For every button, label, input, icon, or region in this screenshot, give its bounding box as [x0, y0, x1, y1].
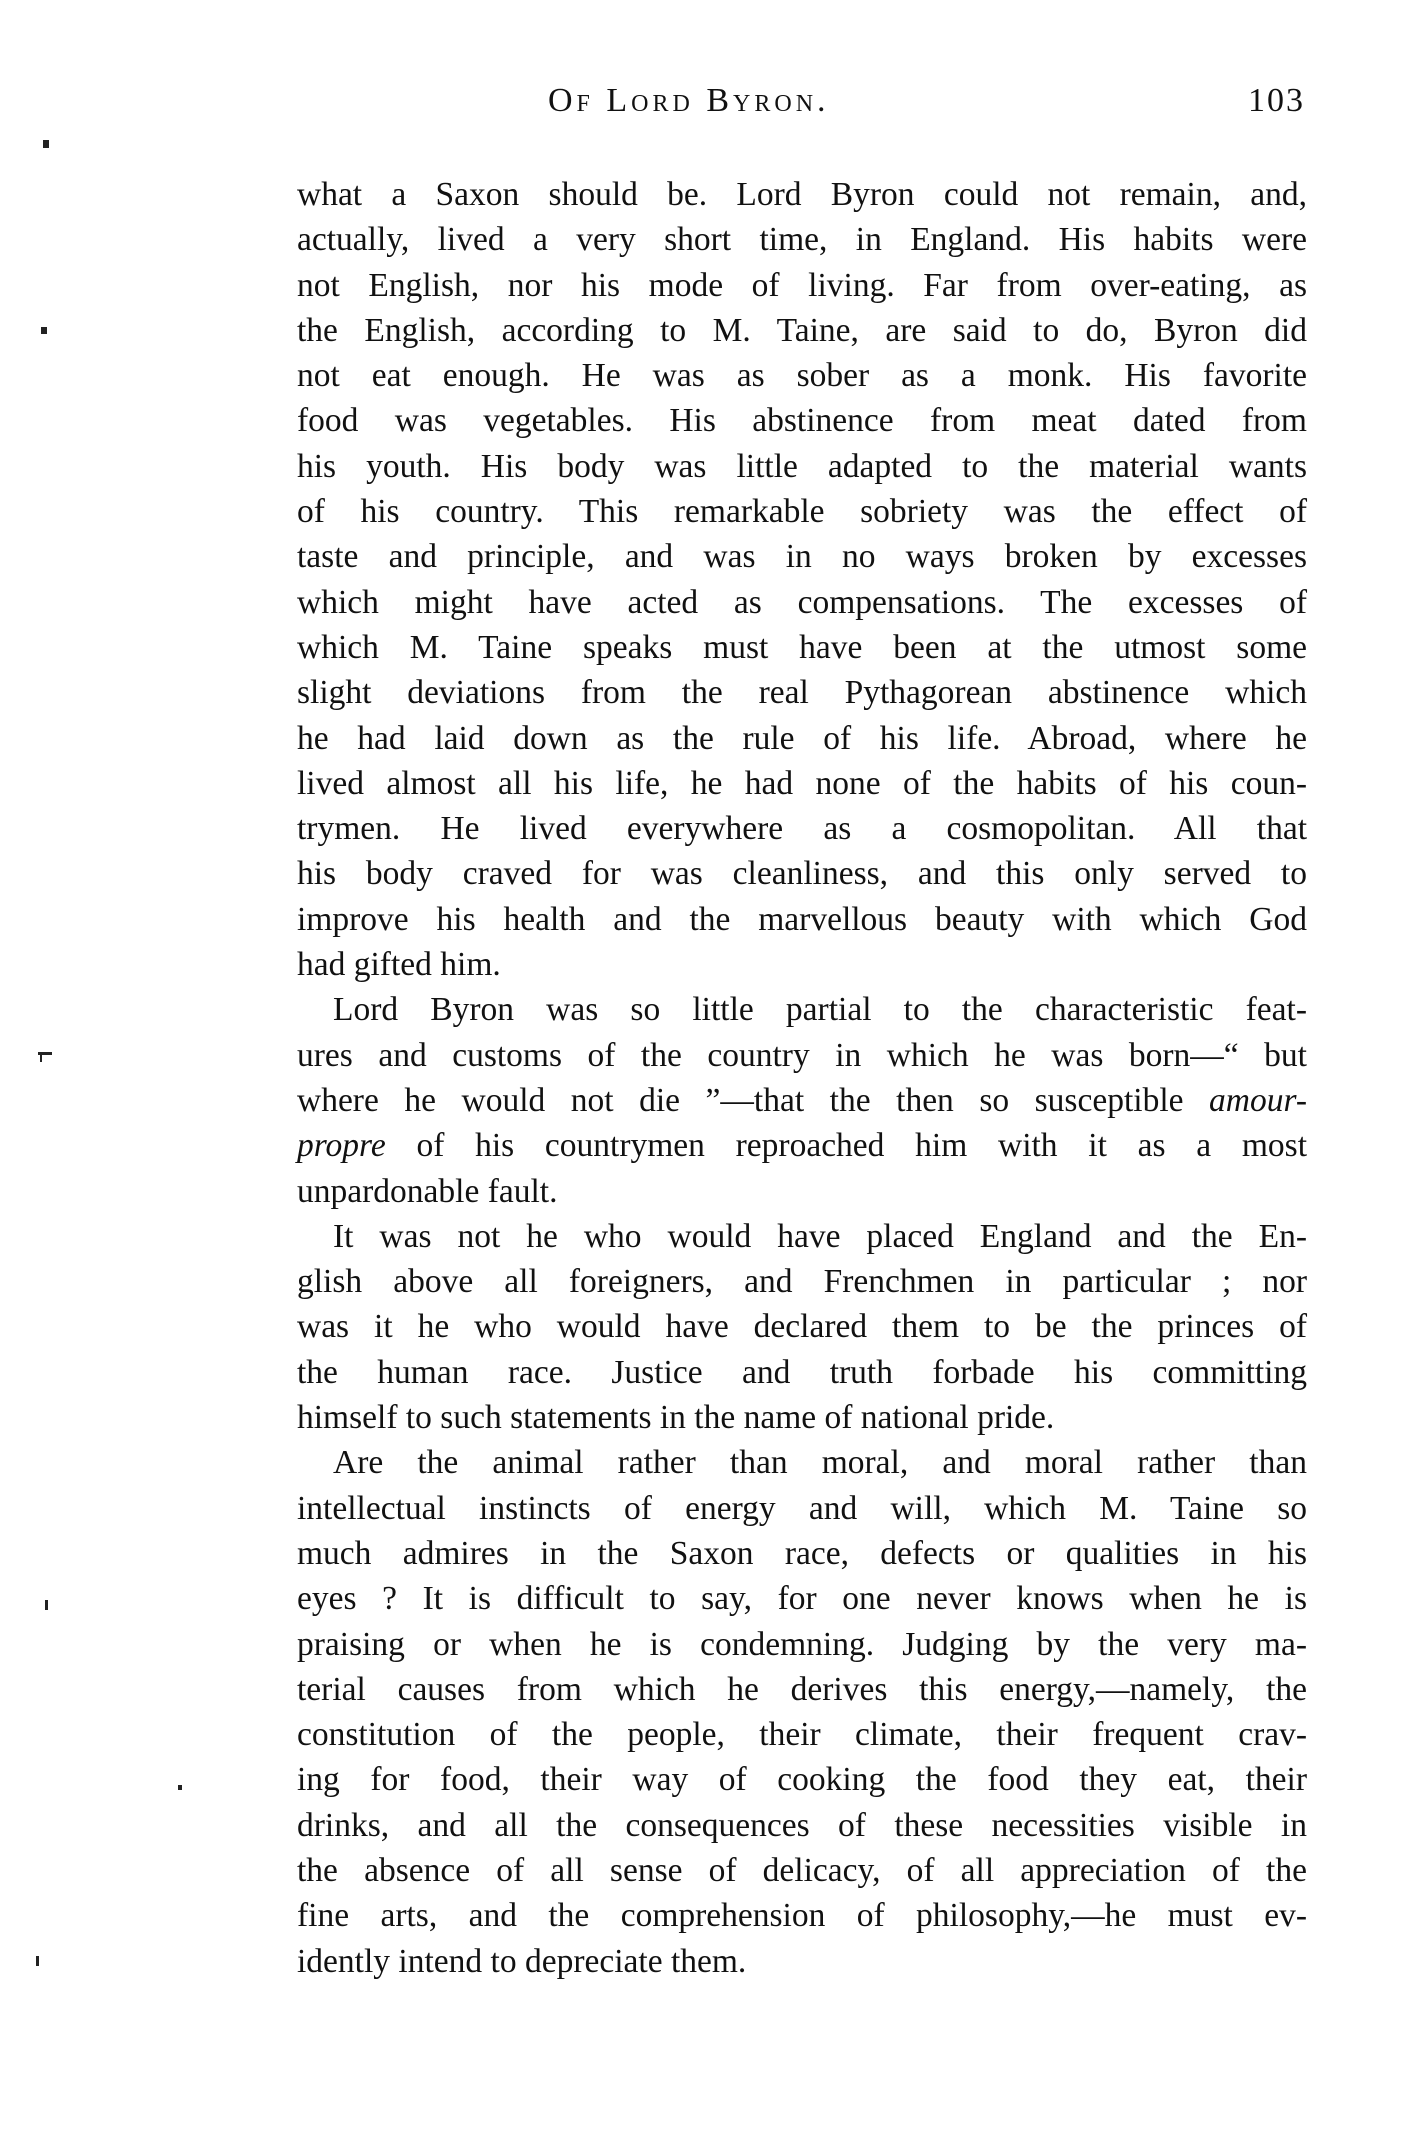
text-line: fine arts, and the comprehension of phil…	[297, 1893, 1307, 1938]
body-text: what a Saxon should be. Lord Byron could…	[297, 172, 1307, 1984]
text-line: Lord Byron was so little partial to the …	[297, 987, 1307, 1032]
text-line: trymen. He lived everywhere as a cosmopo…	[297, 806, 1307, 851]
text-line: much admires in the Saxon race, defects …	[297, 1531, 1307, 1576]
text-line: what a Saxon should be. Lord Byron could…	[297, 172, 1307, 217]
text-line: lived almost all his life, he had none o…	[297, 761, 1307, 806]
text-line: of his country. This remarkable sobriety…	[297, 489, 1307, 534]
text-line: glish above all foreigners, and Frenchme…	[297, 1259, 1307, 1304]
text-line: ing for food, their way of cooking the f…	[297, 1757, 1307, 1802]
paragraph: Are the animal rather than moral, and mo…	[297, 1440, 1307, 1984]
running-head: Of Lord Byron. 103	[298, 82, 1305, 132]
text-line: slight deviations from the real Pythagor…	[297, 670, 1307, 715]
text-line: terial causes from which he derives this…	[297, 1667, 1307, 1712]
text-line: his body craved for was cleanliness, and…	[297, 851, 1307, 896]
text-line: which might have acted as compensations.…	[297, 580, 1307, 625]
running-head-title: Of Lord Byron.	[548, 82, 830, 120]
scan-speck	[45, 1600, 48, 1610]
text-line: the English, according to M. Taine, are …	[297, 308, 1307, 353]
page-number: 103	[1248, 82, 1305, 120]
paragraph: what a Saxon should be. Lord Byron could…	[297, 172, 1307, 987]
text-line: intellectual instincts of energy and wil…	[297, 1486, 1307, 1531]
text-line: was it he who would have declared them t…	[297, 1304, 1307, 1349]
book-page: Of Lord Byron. 103 what a Saxon should b…	[0, 0, 1406, 2153]
text-fragment: of his countrymen reproached him with it…	[416, 1127, 1307, 1164]
text-line: had gifted him.	[297, 942, 1307, 987]
scan-speck	[41, 327, 47, 334]
scan-speck	[43, 140, 49, 148]
scan-speck	[178, 1785, 182, 1790]
text-line: drinks, and all the consequences of thes…	[297, 1803, 1307, 1848]
text-line: not English, nor his mode of living. Far…	[297, 263, 1307, 308]
text-line: improve his health and the marvellous be…	[297, 897, 1307, 942]
text-line: propre of his countrymen reproached him …	[297, 1123, 1307, 1168]
text-line: ures and customs of the country in which…	[297, 1033, 1307, 1078]
text-fragment: where he would not die ”—that the then s…	[297, 1082, 1209, 1119]
text-line: the absence of all sense of delicacy, of…	[297, 1848, 1307, 1893]
text-line: constitution of the people, their climat…	[297, 1712, 1307, 1757]
text-line: actually, lived a very short time, in En…	[297, 217, 1307, 262]
text-line: he had laid down as the rule of his life…	[297, 716, 1307, 761]
text-line: eyes ? It is difficult to say, for one n…	[297, 1576, 1307, 1621]
text-line: food was vegetables. His abstinence from…	[297, 398, 1307, 443]
text-line: It was not he who would have placed Engl…	[297, 1214, 1307, 1259]
text-line: unpardonable fault.	[297, 1169, 1307, 1214]
text-line: where he would not die ”—that the then s…	[297, 1078, 1307, 1123]
text-line: himself to such statements in the name o…	[297, 1395, 1307, 1440]
text-line: taste and principle, and was in no ways …	[297, 534, 1307, 579]
italic-fragment: amour-	[1209, 1082, 1307, 1119]
text-line: Are the animal rather than moral, and mo…	[297, 1440, 1307, 1485]
text-line: which M. Taine speaks must have been at …	[297, 625, 1307, 670]
scan-speck	[40, 1052, 42, 1062]
scan-speck	[36, 1956, 39, 1966]
text-line: not eat enough. He was as sober as a mon…	[297, 353, 1307, 398]
paragraph: Lord Byron was so little partial to the …	[297, 987, 1307, 1213]
text-line: his youth. His body was little adapted t…	[297, 444, 1307, 489]
text-line: the human race. Justice and truth forbad…	[297, 1350, 1307, 1395]
paragraph: It was not he who would have placed Engl…	[297, 1214, 1307, 1440]
text-line: idently intend to depreciate them.	[297, 1939, 1307, 1984]
italic-fragment: propre	[297, 1127, 386, 1164]
text-line: praising or when he is condemning. Judgi…	[297, 1622, 1307, 1667]
